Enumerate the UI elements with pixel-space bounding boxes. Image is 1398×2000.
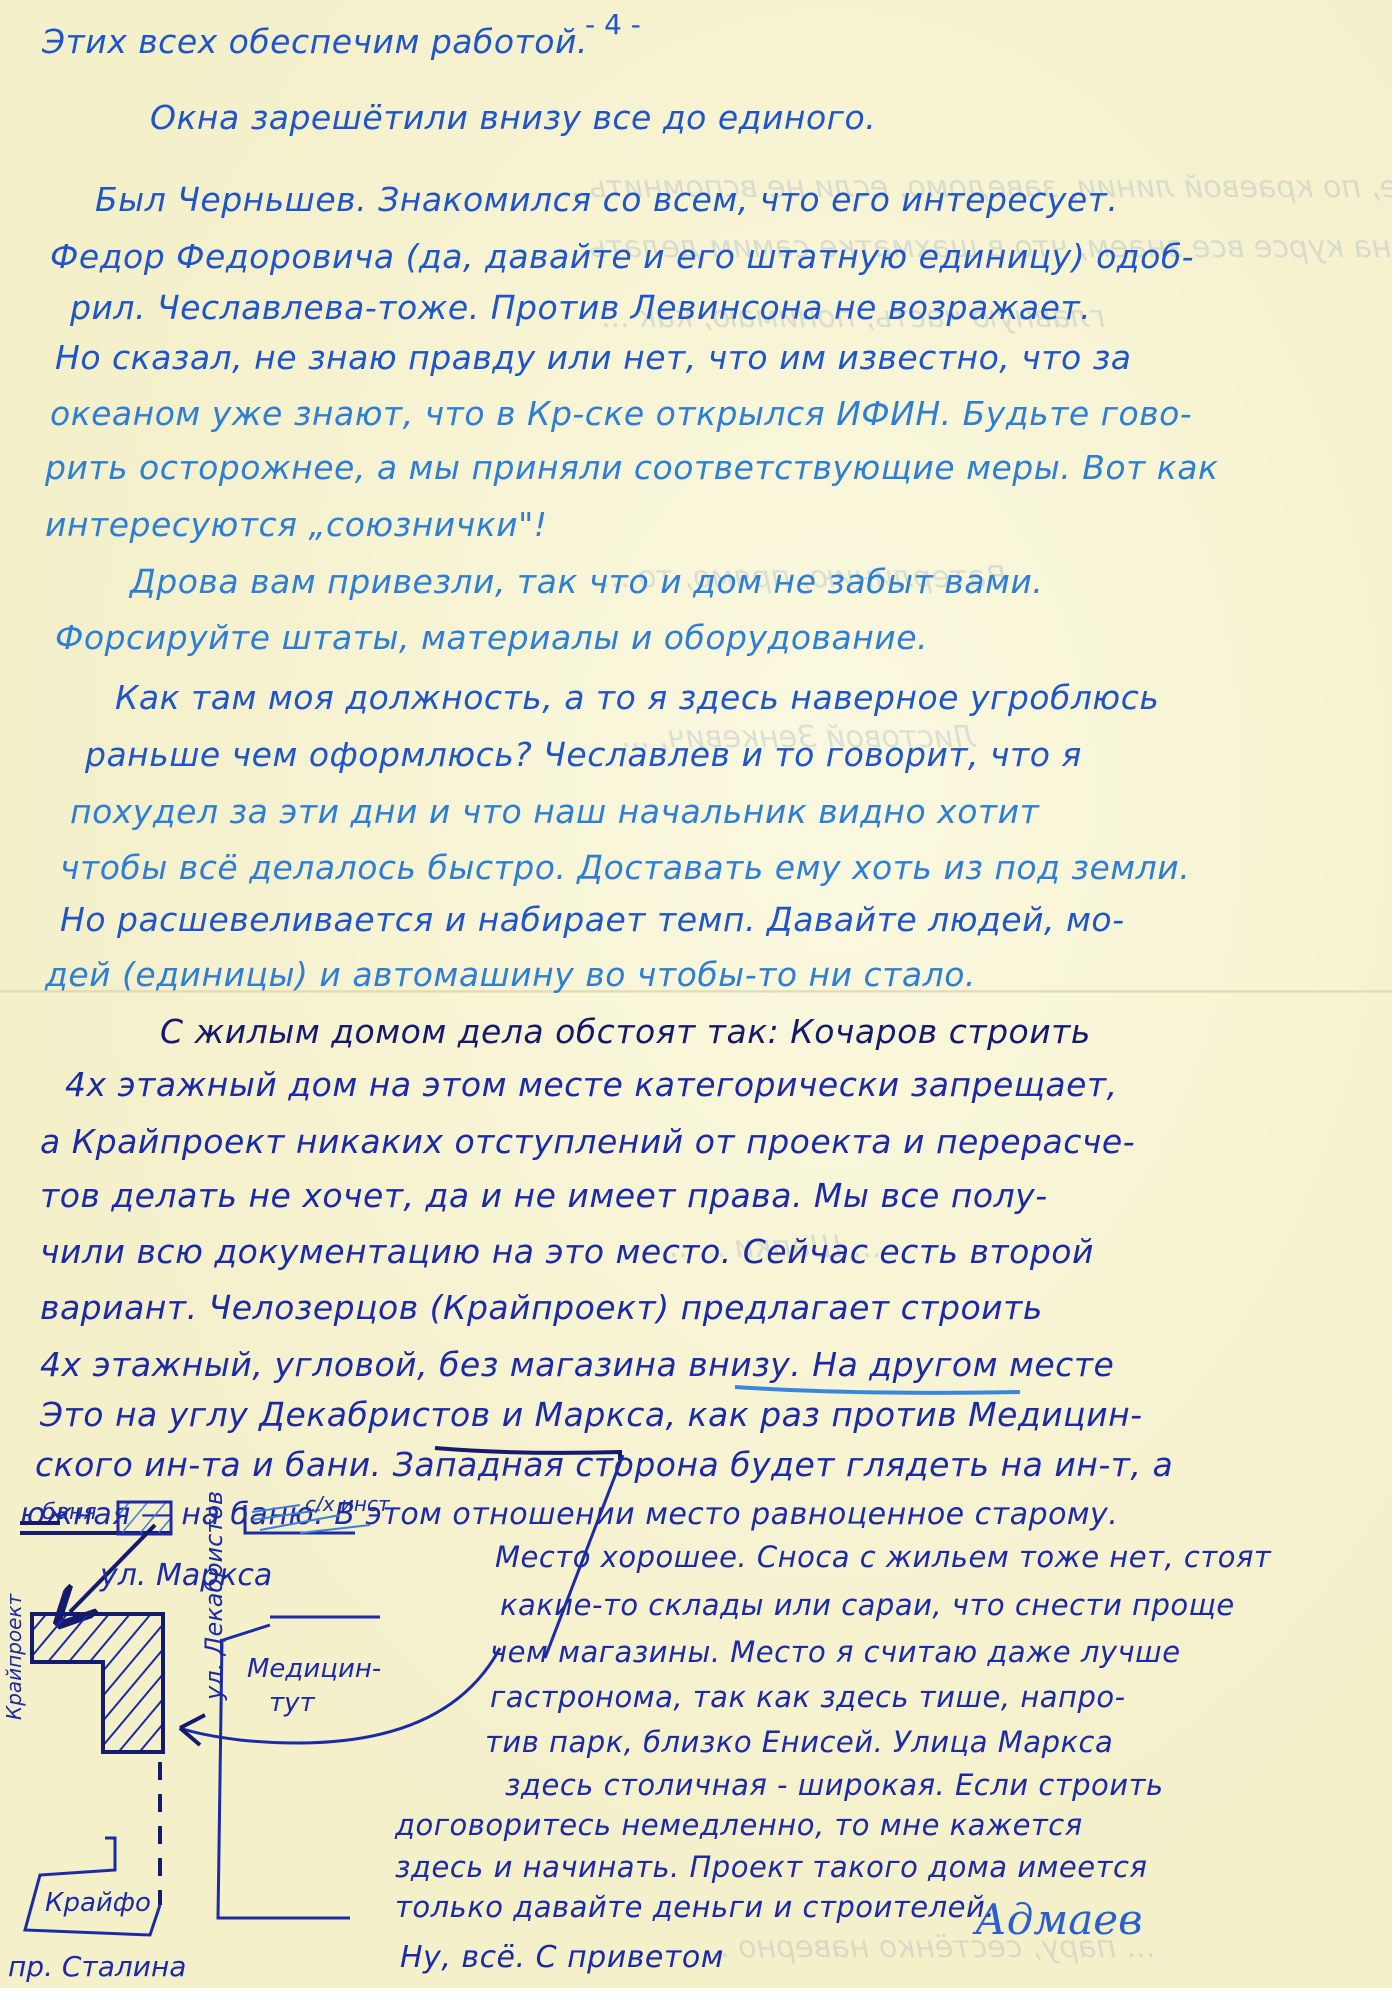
map-label-stalin-street: пр. Сталина — [8, 1950, 186, 1983]
map-label-krayfo: Крайфо — [45, 1888, 151, 1918]
scan-edge — [0, 1988, 1398, 2000]
map-label-medical-line2: тут — [269, 1688, 315, 1718]
map-label-krayproekt: Крайпроект — [2, 1594, 26, 1720]
map-label-agri-institute: с/х инст. — [305, 1492, 396, 1516]
map-label-medical-institute: Медицин- тут — [247, 1652, 381, 1720]
scan-edge — [1392, 0, 1398, 2000]
letter-page: Это же, по краевой линии, заведомо, если… — [0, 0, 1392, 1988]
map-label-bath: баня — [42, 1500, 97, 1525]
map-label-marx-street: ул. Маркса — [100, 1558, 272, 1593]
map-label-decembrists-street: ул. Декабристов — [200, 1491, 228, 1700]
map-label-medical-line1: Медицин- — [247, 1654, 381, 1684]
